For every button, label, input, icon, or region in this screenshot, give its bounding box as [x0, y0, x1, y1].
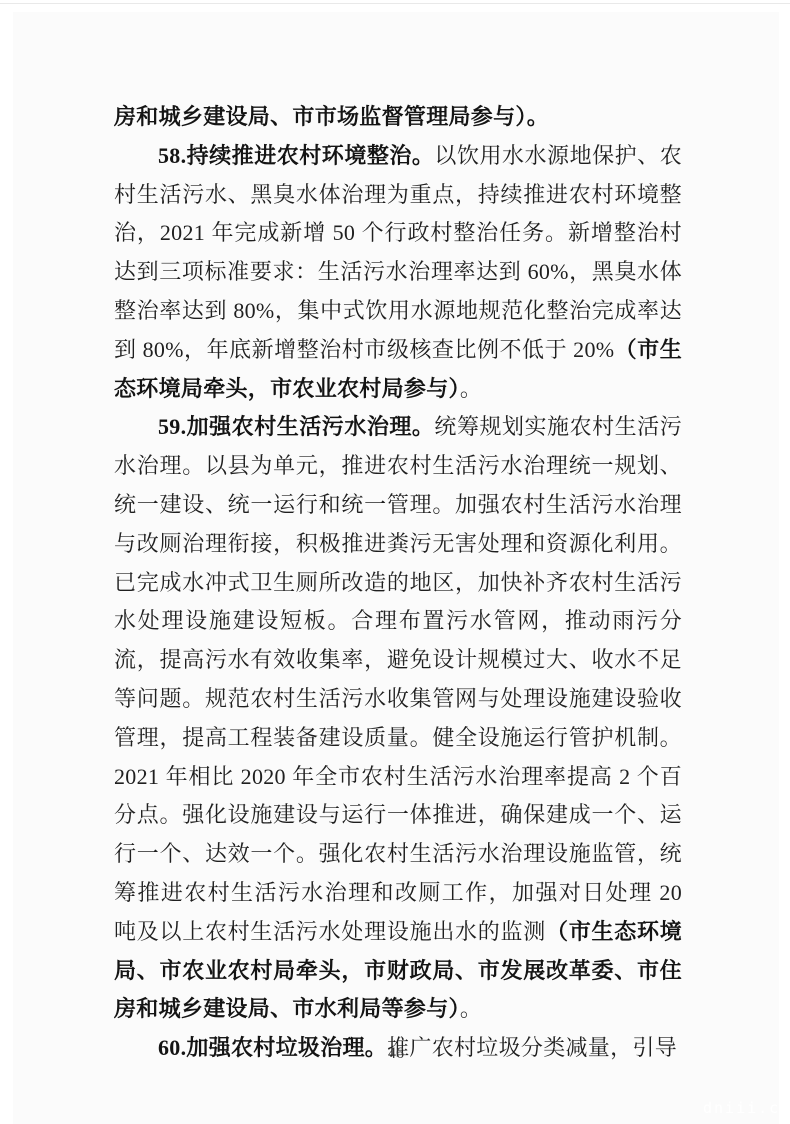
page-number: 46 [13, 1045, 779, 1063]
text-run: 以饮用水水源地保护、农村生活污水、黑臭水体治理为重点，持续推进农村环境整治，20… [114, 143, 682, 362]
text-run: 。 [460, 996, 482, 1021]
text-run: 统筹规划实施农村生活污水治理。以县为单元，推进农村生活污水治理统一规划、统一建设… [114, 414, 682, 943]
bold-text-run: 59.加强农村生活污水治理。 [158, 414, 434, 439]
document-text-body: 房和城乡建设局、市市场监督管理局参与）。 58.持续推进农村环境整治。以饮用水水… [114, 98, 682, 1068]
bold-text-run: 58.持续推进农村环境整治。 [158, 143, 434, 168]
text-run: 。 [460, 376, 482, 401]
document-page-view: 房和城乡建设局、市市场监督管理局参与）。 58.持续推进农村环境整治。以饮用水水… [0, 0, 790, 1124]
paragraph-item-58: 58.持续推进农村环境整治。以饮用水水源地保护、农村生活污水、黑臭水体治理为重点… [114, 137, 682, 409]
paragraph-item-59: 59.加强农村生活污水治理。统筹规划实施农村生活污水治理。以县为单元，推进农村生… [114, 408, 682, 1029]
watermark-text: dniii.com [703, 1099, 779, 1117]
bold-text-run: 房和城乡建设局、市市场监督管理局参与）。 [114, 104, 549, 129]
paragraph-continuation: 房和城乡建设局、市市场监督管理局参与）。 [114, 98, 682, 137]
scan-edge-line [0, 3, 790, 4]
scanned-page: 房和城乡建设局、市市场监督管理局参与）。 58.持续推进农村环境整治。以饮用水水… [13, 12, 779, 1124]
